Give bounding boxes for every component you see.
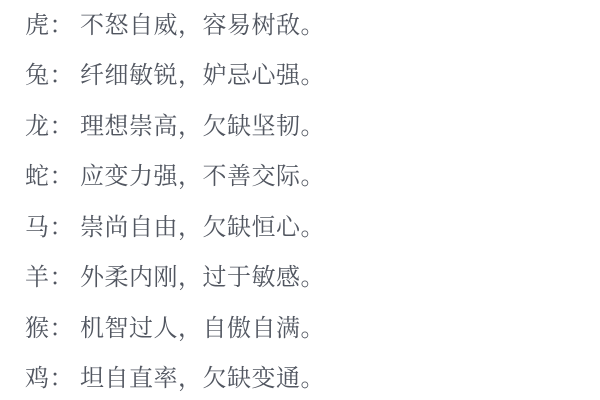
zodiac-trait-text: 不怒自威，容易树敌。 [80, 5, 325, 40]
zodiac-trait-text: 外柔内刚，过于敏感。 [80, 257, 325, 292]
zodiac-animal-label: 鸡 [25, 358, 50, 393]
zodiac-trait-text: 崇尚自由，欠缺恒心。 [80, 207, 325, 242]
list-item: 虎：不怒自威，容易树敌。 [25, 0, 600, 48]
zodiac-animal-label: 蛇 [25, 156, 50, 191]
zodiac-animal-label: 马 [25, 207, 50, 242]
separator-colon: ： [50, 106, 75, 141]
zodiac-animal-label: 龙 [25, 106, 50, 141]
separator-colon: ： [50, 55, 75, 90]
zodiac-trait-text: 理想崇高，欠缺坚韧。 [80, 106, 325, 141]
zodiac-animal-label: 羊 [25, 257, 50, 292]
separator-colon: ： [50, 257, 75, 292]
zodiac-trait-text: 纤细敏锐，妒忌心强。 [80, 55, 325, 90]
separator-colon: ： [50, 207, 75, 242]
list-item: 龙：理想崇高，欠缺坚韧。 [25, 98, 600, 149]
list-item: 鸡：坦自直率，欠缺变通。 [25, 351, 600, 400]
list-item: 马：崇尚自由，欠缺恒心。 [25, 199, 600, 250]
zodiac-traits-list: 虎：不怒自威，容易树敌。 兔：纤细敏锐，妒忌心强。 龙：理想崇高，欠缺坚韧。 蛇… [0, 0, 600, 397]
separator-colon: ： [50, 358, 75, 393]
list-item: 猴：机智过人，自傲自满。 [25, 300, 600, 351]
separator-colon: ： [50, 156, 75, 191]
zodiac-animal-label: 兔 [25, 55, 50, 90]
zodiac-trait-text: 应变力强，不善交际。 [80, 156, 325, 191]
list-item: 兔：纤细敏锐，妒忌心强。 [25, 48, 600, 99]
zodiac-animal-label: 虎 [25, 5, 50, 40]
list-item: 蛇：应变力强，不善交际。 [25, 149, 600, 200]
separator-colon: ： [50, 308, 75, 343]
separator-colon: ： [50, 5, 75, 40]
zodiac-trait-text: 机智过人，自傲自满。 [80, 308, 325, 343]
zodiac-animal-label: 猴 [25, 308, 50, 343]
list-item: 羊：外柔内刚，过于敏感。 [25, 250, 600, 301]
zodiac-trait-text: 坦自直率，欠缺变通。 [80, 358, 325, 393]
